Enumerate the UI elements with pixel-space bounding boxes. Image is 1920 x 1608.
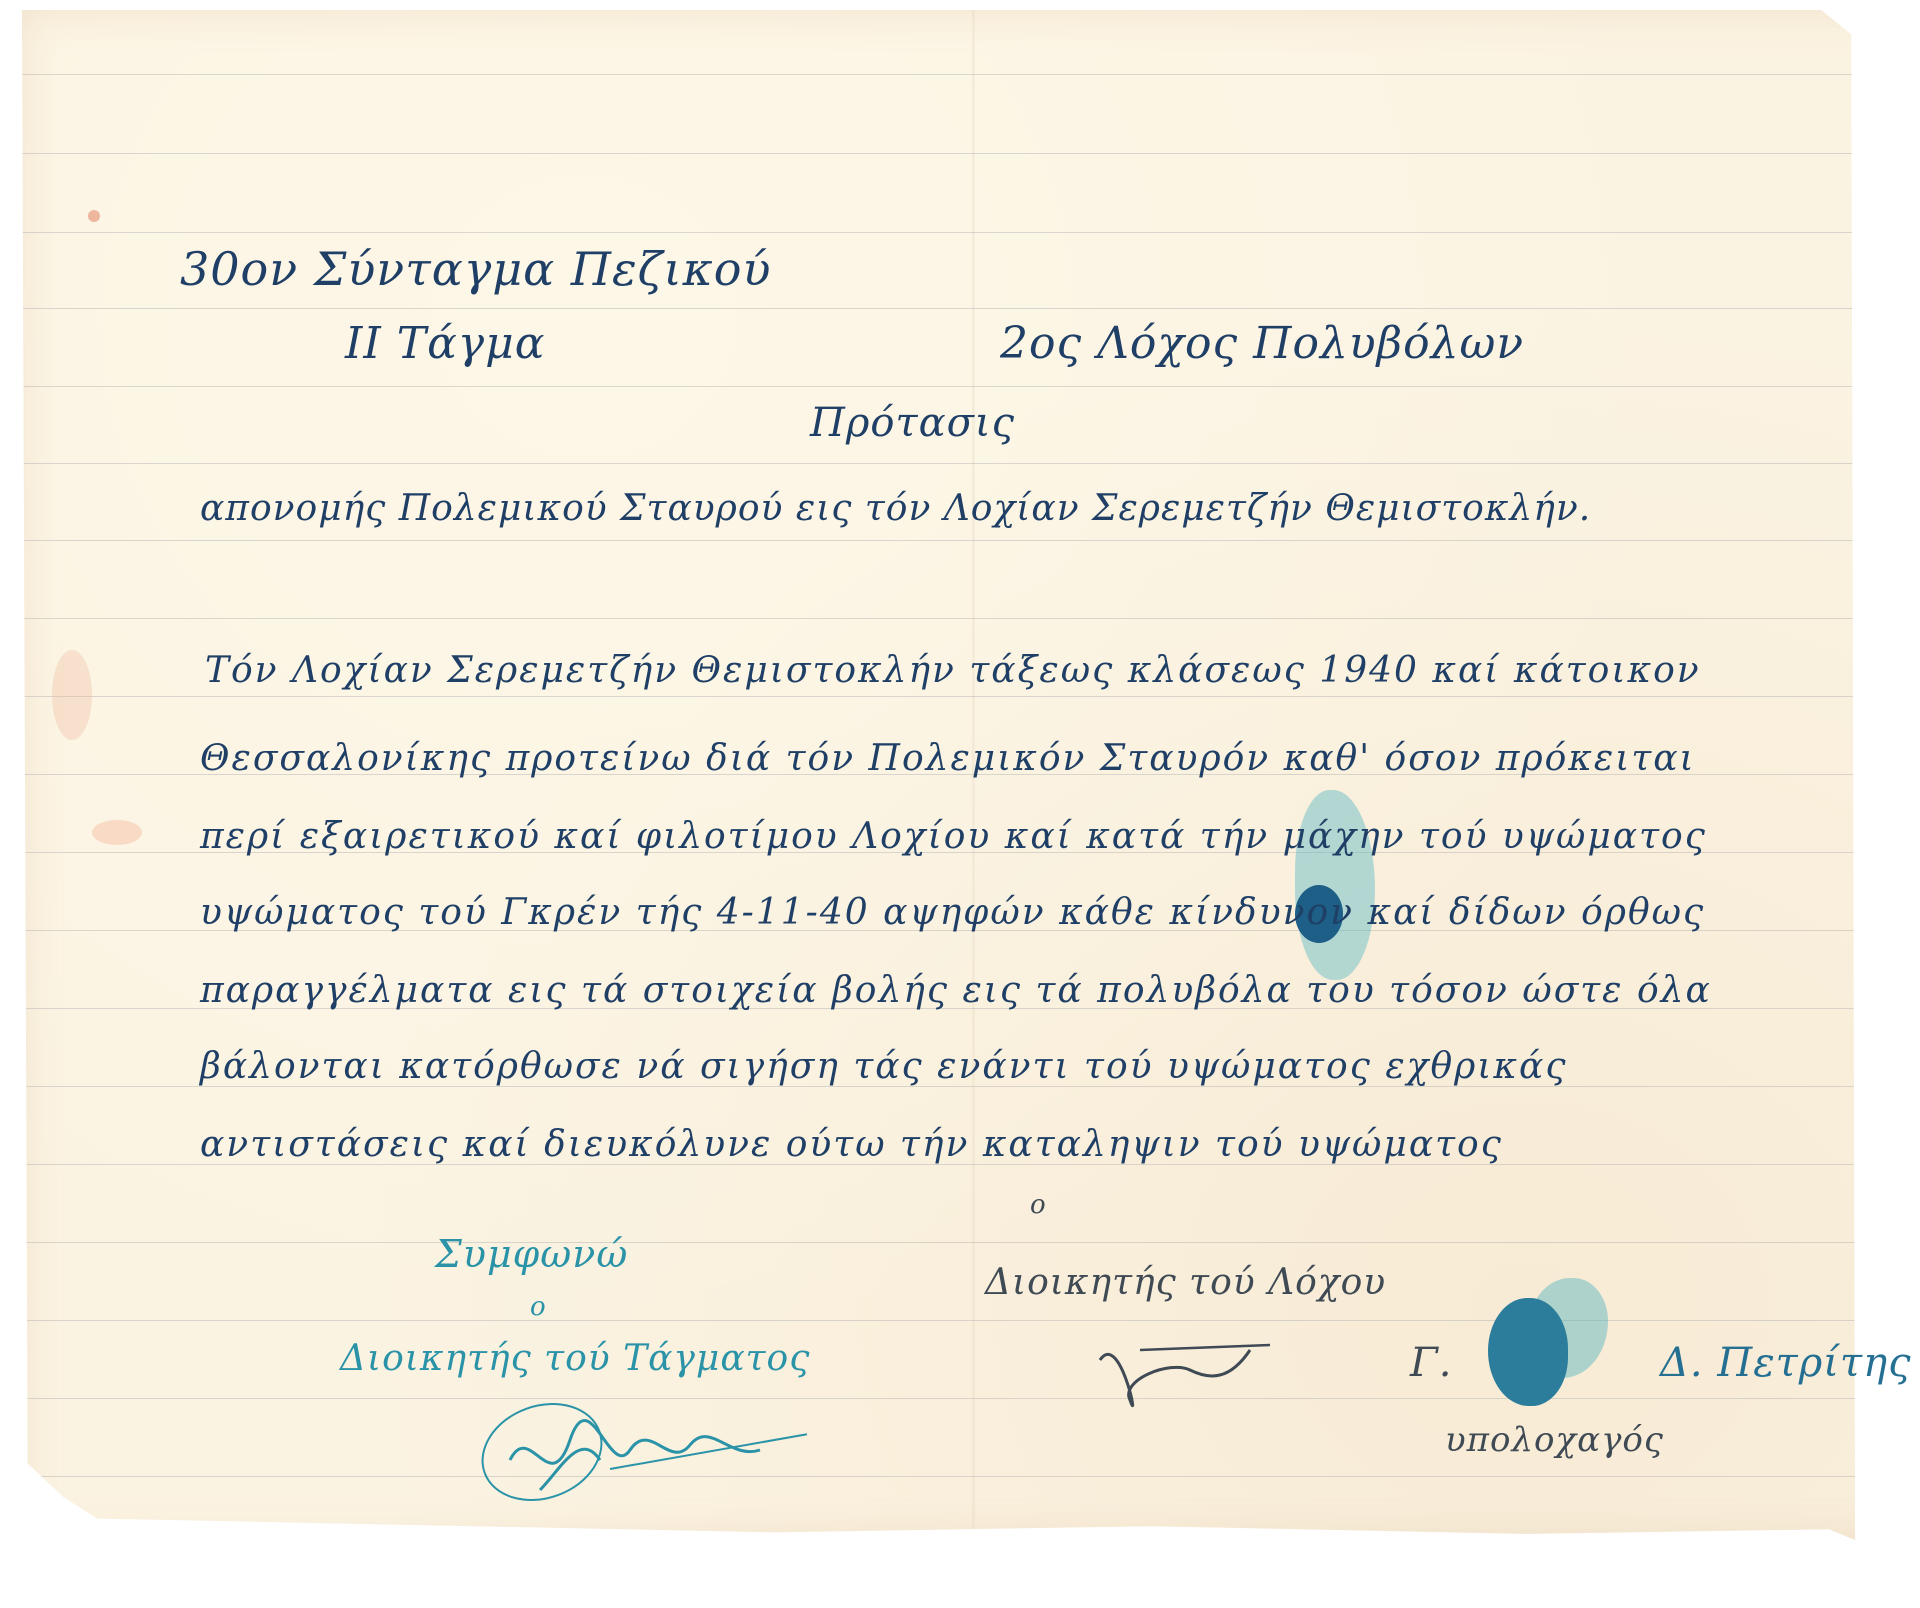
regiment-heading: 30ον Σύνταγμα Πεζικού xyxy=(180,242,771,296)
left-article: ο xyxy=(530,1292,547,1322)
rust-stain xyxy=(88,210,100,222)
company-heading: 2ος Λόχος Πολυβόλων xyxy=(1000,318,1524,369)
document-subject: απονομής Πολεμικού Σταυρού εις τόν Λοχία… xyxy=(200,488,1591,529)
document-title: Πρότασις xyxy=(810,400,1015,446)
second-signature-initial: Γ. xyxy=(1410,1340,1452,1386)
battalion-heading: ΙΙ Τάγμα xyxy=(345,318,545,369)
ink-blot xyxy=(1488,1298,1568,1406)
body-line: περί εξαιρετικού καί φιλοτίμου Λοχίου κα… xyxy=(200,816,1707,857)
body-line: υψώματος τού Γκρέν τής 4-11-40 αψηφών κά… xyxy=(200,892,1705,933)
right-article: ο xyxy=(1030,1190,1047,1220)
approval-note: Συμφωνώ xyxy=(435,1232,628,1276)
ruled-line xyxy=(22,1320,1894,1321)
body-line: βάλονται κατόρθωσε νά σιγήση τάς ενάντι … xyxy=(200,1046,1567,1087)
body-line: Τόν Λοχίαν Σερεμετζήν Θεμιστοκλήν τάξεως… xyxy=(205,650,1701,691)
battalion-commander-role: Διοικητής τού Τάγματος xyxy=(340,1338,810,1379)
ruled-line xyxy=(22,386,1894,387)
ruled-line xyxy=(22,153,1894,154)
ruled-line xyxy=(22,618,1894,619)
officer-rank: υπολοχαγός xyxy=(1445,1420,1664,1460)
rust-stain xyxy=(92,820,142,845)
ruled-line xyxy=(22,1242,1894,1243)
ruled-line xyxy=(22,1476,1894,1477)
ruled-line xyxy=(22,463,1894,464)
ruled-line xyxy=(22,540,1894,541)
body-line: Θεσσαλονίκης προτείνω διά τόν Πολεμικόν … xyxy=(200,738,1696,779)
rust-stain xyxy=(62,1515,76,1531)
battalion-commander-scrawl xyxy=(500,1400,800,1510)
ruled-line xyxy=(22,308,1894,309)
ruled-line xyxy=(22,1398,1894,1399)
company-commander-role: Διοικητής τού Λόχου xyxy=(985,1262,1386,1303)
body-line: παραγγέλματα εις τά στοιχεία βολής εις τ… xyxy=(200,970,1712,1011)
ruled-line xyxy=(22,696,1894,697)
ruled-line xyxy=(22,74,1894,75)
ruled-line xyxy=(22,232,1894,233)
body-line: αντιστάσεις καί διευκόλυνε ούτω τήν κατα… xyxy=(200,1124,1503,1165)
second-signature-name: Δ. Πετρίτης xyxy=(1660,1340,1912,1386)
rust-stain xyxy=(52,650,92,740)
